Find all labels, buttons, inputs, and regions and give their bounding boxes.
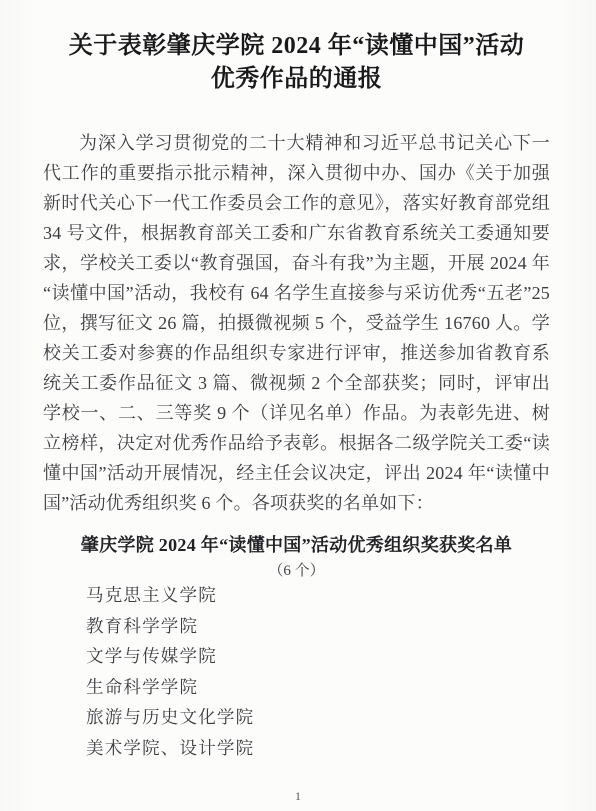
document-page: 关于表彰肇庆学院 2024 年“读懂中国”活动 优秀作品的通报 为深入学习贯彻党… [0, 0, 596, 811]
page-number: 1 [0, 789, 596, 804]
body-paragraph: 为深入学习贯彻党的二十大精神和习近平总书记关心下一代工作的重要指示批示精神，深入… [43, 128, 550, 518]
document-title: 关于表彰肇庆学院 2024 年“读懂中国”活动 优秀作品的通报 [43, 30, 550, 96]
award-count-note: （6 个） [43, 562, 550, 580]
award-list-heading: 肇庆学院 2024 年“读懂中国”活动优秀组织奖获奖名单 [43, 532, 550, 558]
winner-item-education-science-college: 教育科学学院 [86, 611, 550, 642]
winner-list: 马克思主义学院 教育科学学院 文学与传媒学院 生命科学学院 旅游与历史文化学院 … [43, 580, 550, 763]
winner-item-tourism-history-college: 旅游与历史文化学院 [86, 702, 550, 733]
winner-item-fine-arts-design-college: 美术学院、设计学院 [86, 733, 550, 764]
winner-item-life-science-college: 生命科学学院 [86, 672, 550, 703]
winner-item-marxism-college: 马克思主义学院 [86, 580, 550, 611]
document-title-line-2: 优秀作品的通报 [43, 63, 550, 96]
winner-item-literature-media-college: 文学与传媒学院 [86, 641, 550, 672]
document-title-line-1: 关于表彰肇庆学院 2024 年“读懂中国”活动 [43, 30, 550, 63]
